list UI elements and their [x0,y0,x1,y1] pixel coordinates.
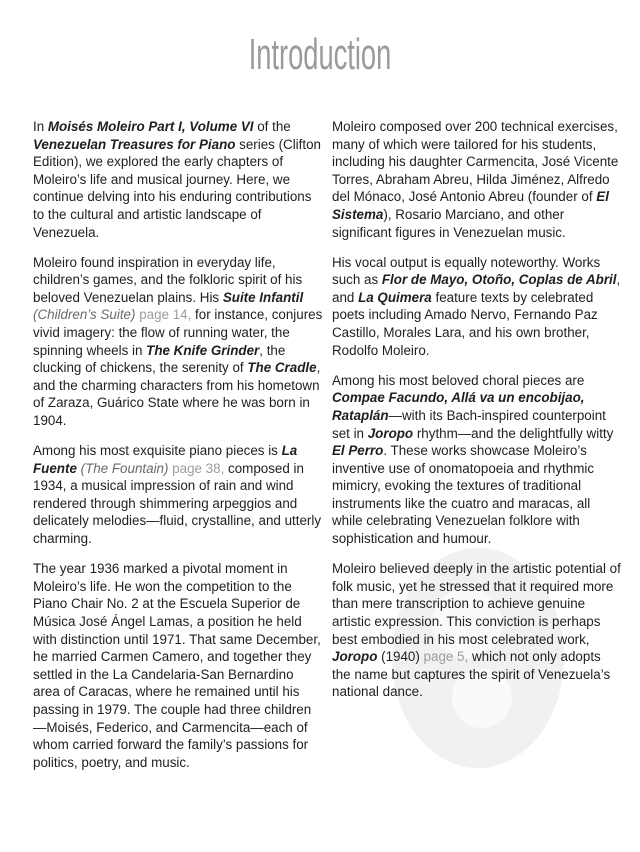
paragraph-vocal: His vocal output is equally noteworthy. … [332,254,622,360]
paragraph-biography: The year 1936 marked a pivotal moment in… [33,560,323,771]
translation: (The Fountain) [77,461,169,476]
paragraph-inspiration: Moleiro found inspiration in everyday li… [33,254,323,430]
text: The year 1936 marked a pivotal moment in… [33,561,321,770]
work-title: Moisés Moleiro Part I, Volume VI [48,119,254,134]
text: series (Clifton Edition), we explored th… [33,137,321,240]
page-reference-link[interactable]: page 5, [424,649,469,664]
work-title: Joropo [332,649,377,664]
paragraph-choral: Among his most beloved choral pieces are… [332,372,622,548]
paragraph-joropo: Moleiro believed deeply in the artistic … [332,560,622,701]
text: rhythm—and the delightfully witty [413,426,613,441]
text: of the [254,119,291,134]
paragraph-la-fuente: Among his most exquisite piano pieces is… [33,442,323,548]
paragraph-exercises: Moleiro composed over 200 technical exer… [332,118,622,241]
paragraph-intro: In Moisés Moleiro Part I, Volume VI of t… [33,118,323,241]
text: In [33,119,48,134]
work-title: The Cradle [247,360,316,375]
work-title: Joropo [368,426,413,441]
text: . These works showcase Moleiro’s inventi… [332,443,594,546]
work-title: Flor de Mayo, Otoño, Coplas de Abril [382,272,617,287]
work-title: The Knife Grinder [146,343,259,358]
series-title: Venezuelan Treasures for Piano [33,137,235,152]
text: Among his most exquisite piano pieces is [33,443,282,458]
work-title: La Quimera [358,290,432,305]
page-reference-link[interactable]: page 14, [135,307,191,322]
text: Moleiro believed deeply in the artistic … [332,561,621,646]
page-title: Introduction [122,30,519,80]
work-title: Suite Infantil [223,290,303,305]
left-column: In Moisés Moleiro Part I, Volume VI of t… [33,118,323,784]
document-page: Introduction In Moisés Moleiro Part I, V… [0,0,640,852]
right-column: Moleiro composed over 200 technical exer… [332,118,622,713]
translation: (Children’s Suite) [33,307,135,322]
text: Among his most beloved choral pieces are [332,373,584,388]
work-title: El Perro [332,443,383,458]
text: (1940) [377,649,423,664]
page-reference-link[interactable]: page 38, [168,461,224,476]
text: Moleiro composed over 200 technical exer… [332,119,618,204]
